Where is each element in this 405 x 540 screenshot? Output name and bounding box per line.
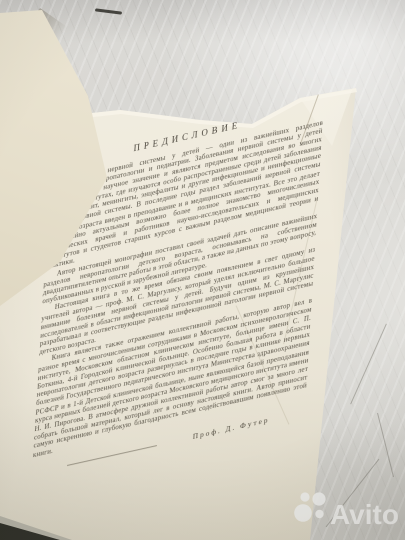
avito-watermark: Avito xyxy=(284,486,402,532)
avito-wordmark: Avito xyxy=(330,499,399,530)
avito-logo-icon xyxy=(294,492,325,521)
book-photo: ПРЕДИСЛОВИЕ Заболевания нервной системы … xyxy=(0,0,405,540)
